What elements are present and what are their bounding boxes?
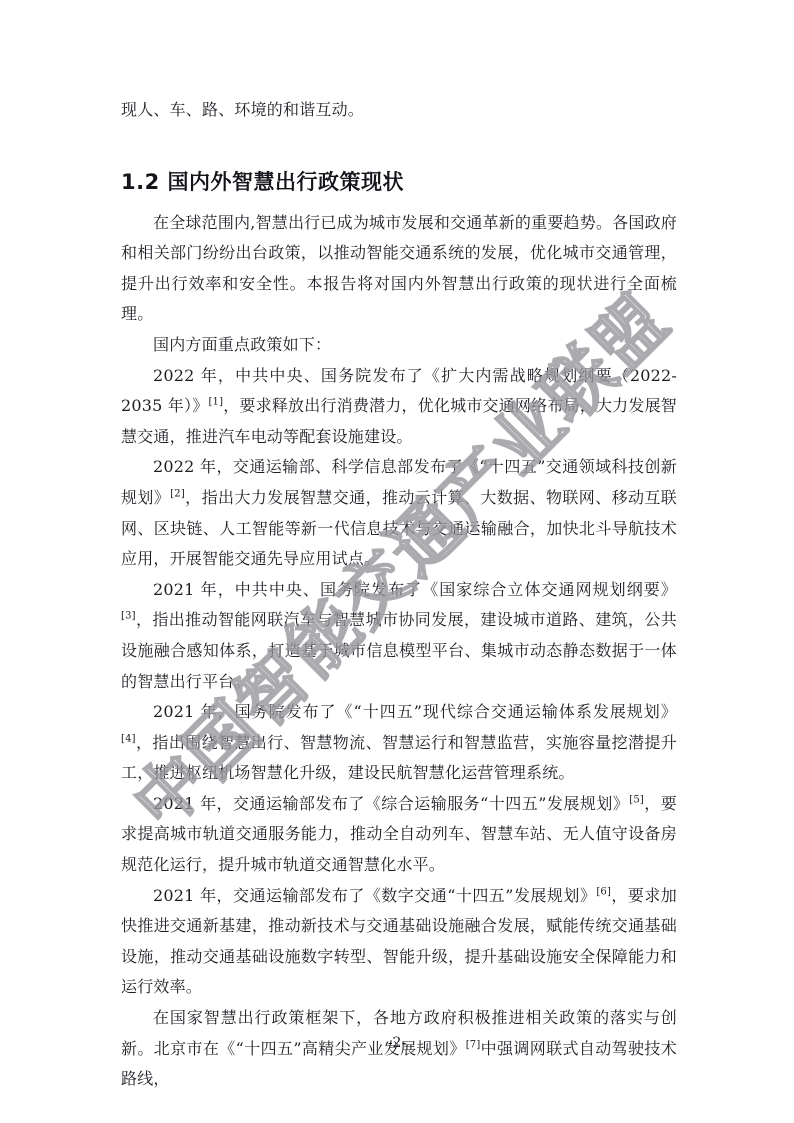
- paragraph-text: ，指出大力发展智慧交通，推动云计算、大数据、物联网、移动互联网、区块链、人工智能…: [121, 488, 677, 568]
- footnote-ref-5: [5]: [629, 795, 644, 806]
- paragraph-policy-2021-tixi: 2021 年，国务院发布了《“十四五”现代综合交通运输体系发展规划》[4]，指出…: [121, 697, 677, 789]
- paragraph-carryover: 现人、车、路、环境的和谐互动。: [121, 95, 677, 126]
- footnote-ref-4: [4]: [121, 733, 136, 744]
- footnote-ref-2: [2]: [170, 489, 185, 500]
- paragraph-text: 现人、车、路、环境的和谐互动。: [121, 100, 364, 119]
- footnote-ref-1: [1]: [208, 397, 223, 408]
- paragraph-policy-2021-yunshu-fuwu: 2021 年，交通运输部发布了《综合运输服务“十四五”发展规划》[5]，要求提高…: [121, 789, 677, 881]
- paragraph-text: 2021 年，中共中央、国务院发布了《国家综合立体交通网规划纲要》: [153, 580, 677, 599]
- paragraph-text: 在全球范围内,智慧出行已成为城市发展和交通革新的重要趋势。各国政府和相关部门纷纷…: [121, 213, 677, 324]
- paragraph-policy-2022-jiaotongbu: 2022 年，交通运输部、科学信息部发布了《“十四五”交通领域科技创新规划》[2…: [121, 452, 677, 574]
- section-heading: 1.2 国内外智慧出行政策现状: [121, 167, 677, 197]
- paragraph-policy-2022-guowuyuan: 2022 年，中共中央、国务院发布了《扩大内需战略规划纲要（2022-2035 …: [121, 361, 677, 453]
- paragraph-text: 2021 年，交通运输部发布了《综合运输服务“十四五”发展规划》: [153, 794, 629, 813]
- document-page: 现人、车、路、环境的和谐互动。 1.2 国内外智慧出行政策现状 在全球范围内,智…: [0, 0, 794, 1123]
- paragraph-text: 国内方面重点政策如下：: [153, 335, 331, 354]
- footnote-ref-3: [3]: [121, 611, 136, 622]
- paragraph-policy-2021-gangyao: 2021 年，中共中央、国务院发布了《国家综合立体交通网规划纲要》[3]，指出推…: [121, 575, 677, 697]
- page-body: 现人、车、路、环境的和谐互动。 1.2 国内外智慧出行政策现状 在全球范围内,智…: [121, 95, 677, 1095]
- paragraph-text: ，指出推动智能网联汽车与智慧城市协同发展，建设城市道路、建筑，公共设施融合感知体…: [121, 610, 677, 690]
- paragraph-text: 2021 年，交通运输部发布了《数字交通“十四五”发展规划》: [153, 886, 596, 905]
- paragraph-lead-in: 国内方面重点政策如下：: [121, 330, 677, 361]
- footnote-ref-6: [6]: [596, 886, 611, 897]
- paragraph-intro: 在全球范围内,智慧出行已成为城市发展和交通革新的重要趋势。各国政府和相关部门纷纷…: [121, 208, 677, 330]
- paragraph-text: 2021 年，国务院发布了《“十四五”现代综合交通运输体系发展规划》: [153, 702, 677, 721]
- page-number: -2-: [0, 1035, 794, 1051]
- paragraph-text: ，指出围绕智慧出行、智慧物流、智慧运行和智慧监营，实施容量挖潜提升工，推进枢纽机…: [121, 733, 677, 783]
- paragraph-policy-2021-shuzi-jiaotong: 2021 年，交通运输部发布了《数字交通“十四五”发展规划》[6]，要求加快推进…: [121, 881, 677, 1003]
